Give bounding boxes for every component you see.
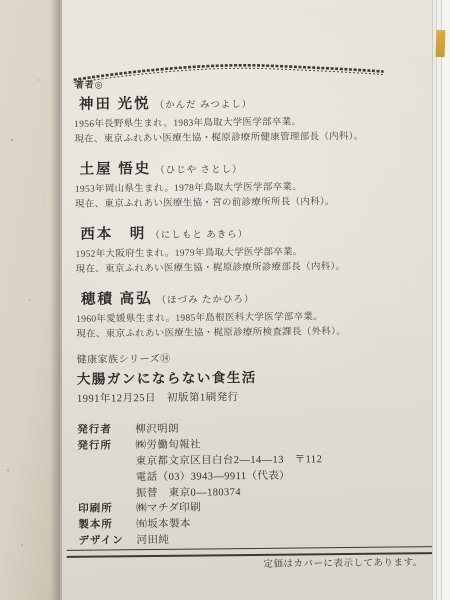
author-name-line: 西本 明（にしもと あきら） (80, 220, 421, 248)
page-edge-stack (432, 0, 450, 600)
author-name-line: 神田 光悦（かんだ みつよし） (79, 90, 420, 118)
author-bio: 現在、東京ふれあい医療生協・梶原診療所健康管理部長（内科）。 (74, 129, 420, 148)
edition-line: 1991年12月25日 初版第1刷発行 (77, 389, 257, 409)
author-bio: 現在、東京ふれあい医療生協・梶原診療所診療部長（内科）。 (76, 259, 422, 278)
colophon-label: 発行所 (77, 438, 135, 454)
author-furigana: （ほづみ たかひろ） (157, 295, 255, 306)
price-note: 定価はカバーに表示してあります。 (263, 554, 422, 570)
colophon-label: 製本所 (78, 518, 136, 534)
authors-label: 著者◎ (75, 78, 104, 91)
book-title: 大腸ガンにならない食生活 (77, 367, 257, 390)
cover-yellow-strip (436, 30, 446, 57)
author-name: 穂積 高弘 (81, 291, 153, 308)
author-name-line: 穂積 高弘（ほづみ たかひろ） (81, 285, 422, 313)
series-name: 健康家族シリーズ⑭ (77, 351, 257, 369)
colophon-value: 振替 東京0—180374 (136, 485, 241, 502)
colophon-label (78, 470, 136, 486)
colophon-value: 河田純 (136, 533, 169, 549)
colophon-label (78, 486, 136, 502)
book-photo: 著者◎ 神田 光悦（かんだ みつよし） 1956年長野県生まれ。1983年鳥取大… (0, 0, 450, 600)
author-entry: 土屋 悟史（ひじや さとし） 1953年岡山県生まれ。1978年鳥取大学医学部卒… (75, 155, 422, 213)
title-block: 健康家族シリーズ⑭ 大腸ガンにならない食生活 1991年12月25日 初版第1刷… (77, 351, 258, 409)
author-entry: 穂積 高弘（ほづみ たかひろ） 1960年愛媛県生まれ。1985年島根医科大学医… (76, 285, 423, 343)
colophon-page: 著者◎ 神田 光悦（かんだ みつよし） 1956年長野県生まれ。1983年鳥取大… (62, 0, 436, 600)
top-rule-line (69, 55, 387, 86)
page-content: 著者◎ 神田 光悦（かんだ みつよし） 1956年長野県生まれ。1983年鳥取大… (59, 0, 439, 600)
colophon-value: ㈲坂本製本 (136, 517, 191, 533)
colophon-value: 東京都文京区目白台2—14—13 〒112 (136, 452, 323, 470)
author-name: 神田 光悦 (79, 96, 151, 113)
colophon-value: 電話（03）3943—9911（代表） (136, 468, 290, 486)
author-bio: 現在、東京ふれあい医療生協・梶原診療所検査課長（外科）。 (76, 324, 422, 343)
colophon-label: 印刷所 (78, 502, 136, 518)
author-entry: 西本 明（にしもと あきら） 1952年大阪府生まれ。1979年鳥取大学医学部卒… (75, 220, 422, 278)
author-bio: 現在、東京ふれあい医療生協・宮の前診療所所長（内科）。 (75, 194, 421, 213)
author-furigana: （にしもと あきら） (150, 230, 248, 241)
author-furigana: （かんだ みつよし） (155, 100, 253, 111)
colophon-value: ㈱マチダ印刷 (136, 501, 201, 518)
colophon-label: 発行者 (77, 422, 135, 438)
author-furigana: （ひじや さとし） (155, 165, 242, 176)
colophon-value: ㈱労働旬報社 (135, 437, 201, 454)
author-name: 土屋 悟史 (80, 161, 152, 178)
author-entry: 神田 光悦（かんだ みつよし） 1956年長野県生まれ。1983年鳥取大学医学部… (74, 90, 421, 148)
colophon-label: デザイン (78, 533, 136, 549)
authors-list: 神田 光悦（かんだ みつよし） 1956年長野県生まれ。1983年鳥取大学医学部… (74, 90, 423, 354)
colophon-value: 柳沢明朗 (135, 422, 179, 438)
colophon-label (78, 454, 136, 470)
author-name: 西本 明 (80, 226, 146, 243)
author-name-line: 土屋 悟史（ひじや さとし） (80, 155, 421, 183)
colophon-block: 発行者 柳沢明朗 発行所 ㈱労働旬報社 東京都文京区目白台2—14—13 〒11… (77, 419, 428, 550)
